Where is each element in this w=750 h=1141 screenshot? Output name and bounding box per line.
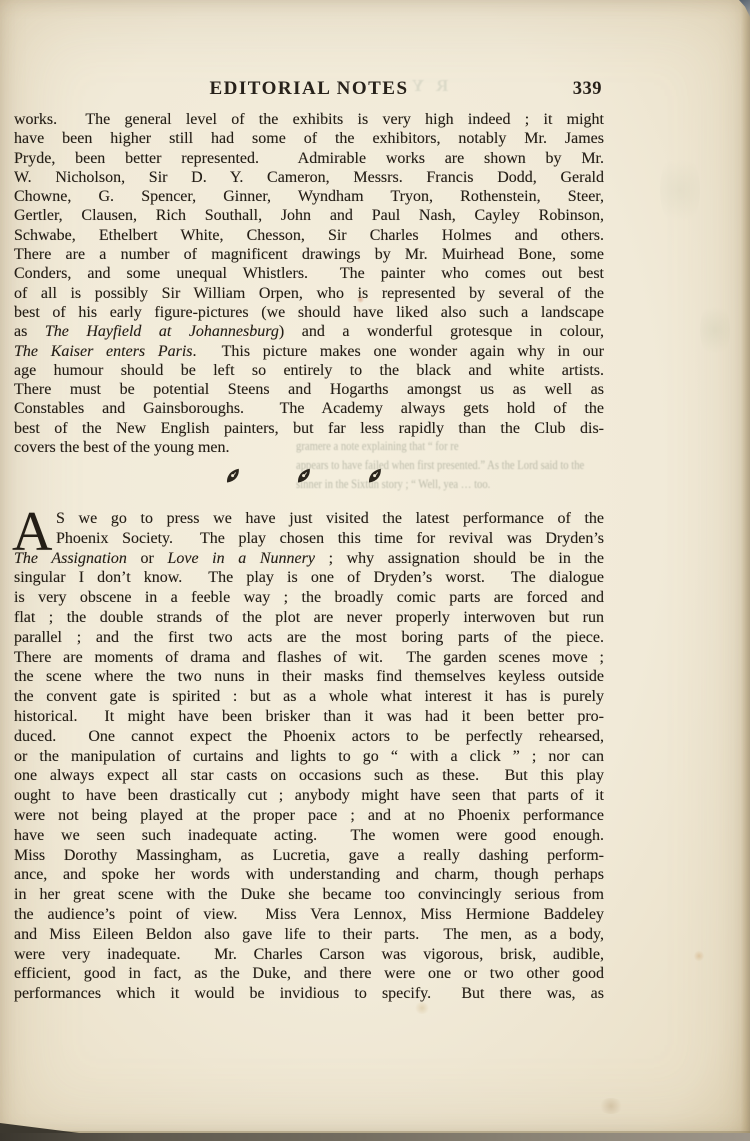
- text-line: W. Nicholson, Sir D. Y. Cameron, Messrs.…: [14, 168, 604, 187]
- running-title: EDITORIAL NOTES: [14, 78, 604, 100]
- ornament-row: [226, 468, 382, 484]
- paragraph-phoenix-society-review: S we go to press we have just visited th…: [14, 509, 604, 1004]
- text-line: the scene where the two nuns in their ma…: [14, 667, 604, 687]
- text-line: Gertler, Clausen, Rich Southall, John an…: [14, 206, 604, 225]
- text-line: duced. One cannot expect the Phoenix act…: [14, 727, 604, 747]
- text-line: Phoenix Society. The play chosen this ti…: [14, 529, 604, 549]
- paragraph-exhibition-notes: works. The general level of the exhibits…: [14, 110, 604, 457]
- text-line: works. The general level of the exhibits…: [14, 110, 604, 129]
- aldus-leaf-icon: [226, 468, 240, 484]
- page-right-edge: [741, 0, 750, 1141]
- text-line: The Assignation or Love in a Nunnery ; w…: [14, 549, 604, 569]
- text-line: Chowne, G. Spencer, Ginner, Wyndham Tryo…: [14, 187, 604, 206]
- text-line: The Kaiser enters Paris. This picture ma…: [14, 342, 604, 361]
- book-page: { "page": { "header": { "title": "EDITOR…: [0, 0, 750, 1141]
- text-line: flat ; the double strands of the plot ar…: [14, 608, 604, 628]
- show-through-smudge: [660, 150, 700, 230]
- background-below-page: [0, 1133, 750, 1141]
- text-line: one always expect all star casts on occa…: [14, 766, 604, 786]
- text-line: There are moments of drama and flashes o…: [14, 648, 604, 668]
- text-line: or the manipulation of curtains and ligh…: [14, 747, 604, 767]
- text-line: ance, and spoke her words with understan…: [14, 865, 604, 885]
- text-line: ought to have been drastically cut ; any…: [14, 786, 604, 806]
- text-line: Constables and Gainsboroughs. The Academ…: [14, 399, 604, 418]
- text-line: efficient, good in fact, as the Duke, an…: [14, 964, 604, 984]
- page-number: 339: [573, 79, 602, 100]
- text-line: Schwabe, Ethelbert White, Chesson, Sir C…: [14, 226, 604, 245]
- text-line: S we go to press we have just visited th…: [14, 509, 604, 529]
- text-line: as The Hayfield at Johannesburg) and a w…: [14, 322, 604, 341]
- show-through-smudge: [700, 300, 730, 360]
- text-line: age humour should be left so entirely to…: [14, 361, 604, 380]
- paper-stain: [694, 950, 704, 962]
- text-line: the convent gate is spirited : but as a …: [14, 687, 604, 707]
- text-line: in her great scene with the Duke she bec…: [14, 885, 604, 905]
- aldus-leaf-icon: [368, 468, 382, 484]
- text-line: have we seen such inadequate acting. The…: [14, 826, 604, 846]
- show-through-header-text: R Y: [408, 76, 448, 96]
- text-line: There must be potential Steens and Hogar…: [14, 380, 604, 399]
- show-through-text: gramere a note explaining that “ for rea…: [296, 437, 577, 495]
- text-line: There are a number of magnificent drawin…: [14, 245, 604, 264]
- text-line: best of his early figure-pictures (we sh…: [14, 303, 604, 322]
- text-line: were very inadequate. Mr. Charles Carson…: [14, 945, 604, 965]
- paper-stain: [598, 1098, 624, 1114]
- page-header: EDITORIAL NOTES 339: [14, 78, 604, 102]
- text-line: Conders, and some unequal Whistlers. The…: [14, 264, 604, 283]
- text-line: the audience’s point of view. Miss Vera …: [14, 905, 604, 925]
- text-line: gramere a note explaining that “ for re: [296, 437, 577, 456]
- text-line: historical. It might have been brisker t…: [14, 707, 604, 727]
- text-line: Pryde, been better represented. Admirabl…: [14, 149, 604, 168]
- text-line: parallel ; and the first two acts are th…: [14, 628, 604, 648]
- text-line: best of the New English painters, but fa…: [14, 419, 604, 438]
- text-line: Miss Dorothy Massingham, as Lucretia, ga…: [14, 846, 604, 866]
- text-line: were not being played at the proper pace…: [14, 806, 604, 826]
- text-line: is very obscene in a feeble way ; the br…: [14, 588, 604, 608]
- text-line: of all is possibly Sir William Orpen, wh…: [14, 284, 604, 303]
- text-line: and Miss Eileen Beldon also gave life to…: [14, 925, 604, 945]
- text-line: have been higher still had some of the e…: [14, 129, 604, 148]
- aldus-leaf-icon: [297, 468, 311, 484]
- text-line: singular I don’t know. The play is one o…: [14, 568, 604, 588]
- text-line: performances which it would be invidious…: [14, 984, 604, 1004]
